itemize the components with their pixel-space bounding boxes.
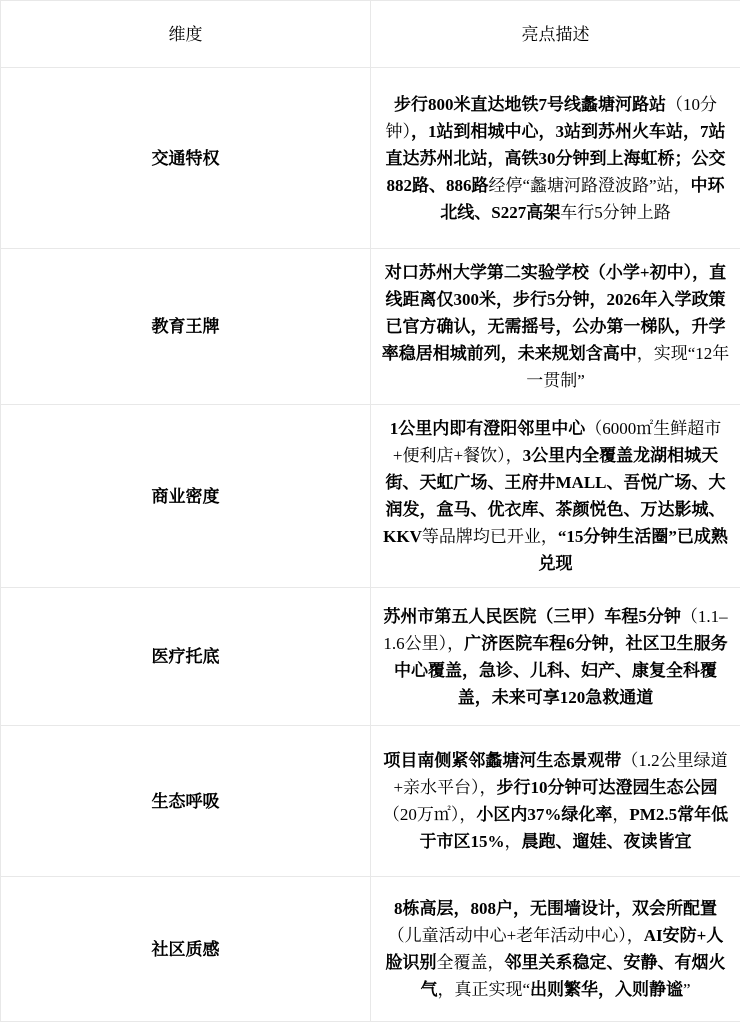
dimension-cell: 生态呼吸 xyxy=(1,726,371,877)
description-cell: 8栋高层，808户，无围墙设计，双会所配置（儿童活动中心+老年活动中心），AI安… xyxy=(371,877,740,1022)
header-cell-dimension: 维度 xyxy=(1,1,371,68)
table-row: 生态呼吸 项目南侧紧邻蠡塘河生态景观带（1.2公里绿道+亲水平台），步行10分钟… xyxy=(1,726,740,877)
dimension-cell: 教育王牌 xyxy=(1,249,371,405)
header-row: 维度 亮点描述 xyxy=(1,1,740,68)
description-cell: 1公里内即有澄阳邻里中心（6000㎡生鲜超市+便利店+餐饮），3公里内全覆盖龙湖… xyxy=(371,405,740,588)
dimension-cell: 交通特权 xyxy=(1,68,371,249)
dimension-cell: 医疗托底 xyxy=(1,588,371,726)
header-cell-description: 亮点描述 xyxy=(371,1,740,68)
table-row: 社区质感 8栋高层，808户，无围墙设计，双会所配置（儿童活动中心+老年活动中心… xyxy=(1,877,740,1022)
description-cell: 对口苏州大学第二实验学校（小学+初中），直线距离仅300米，步行5分钟，2026… xyxy=(371,249,740,405)
dimension-cell: 社区质感 xyxy=(1,877,371,1022)
description-cell: 项目南侧紧邻蠡塘河生态景观带（1.2公里绿道+亲水平台），步行10分钟可达澄园生… xyxy=(371,726,740,877)
description-cell: 步行800米直达地铁7号线蠡塘河路站（10分钟），1站到相城中心，3站到苏州火车… xyxy=(371,68,740,249)
dimension-cell: 商业密度 xyxy=(1,405,371,588)
table-row: 教育王牌 对口苏州大学第二实验学校（小学+初中），直线距离仅300米，步行5分钟… xyxy=(1,249,740,405)
feature-comparison-table: 维度 亮点描述 交通特权 步行800米直达地铁7号线蠡塘河路站（10分钟），1站… xyxy=(0,0,740,1022)
table-row: 医疗托底 苏州市第五人民医院（三甲）车程5分钟（1.1–1.6公里），广济医院车… xyxy=(1,588,740,726)
description-cell: 苏州市第五人民医院（三甲）车程5分钟（1.1–1.6公里），广济医院车程6分钟，… xyxy=(371,588,740,726)
table-row: 商业密度 1公里内即有澄阳邻里中心（6000㎡生鲜超市+便利店+餐饮），3公里内… xyxy=(1,405,740,588)
table-row: 交通特权 步行800米直达地铁7号线蠡塘河路站（10分钟），1站到相城中心，3站… xyxy=(1,68,740,249)
table-header: 维度 亮点描述 xyxy=(1,1,740,68)
table-body: 交通特权 步行800米直达地铁7号线蠡塘河路站（10分钟），1站到相城中心，3站… xyxy=(1,68,740,1022)
